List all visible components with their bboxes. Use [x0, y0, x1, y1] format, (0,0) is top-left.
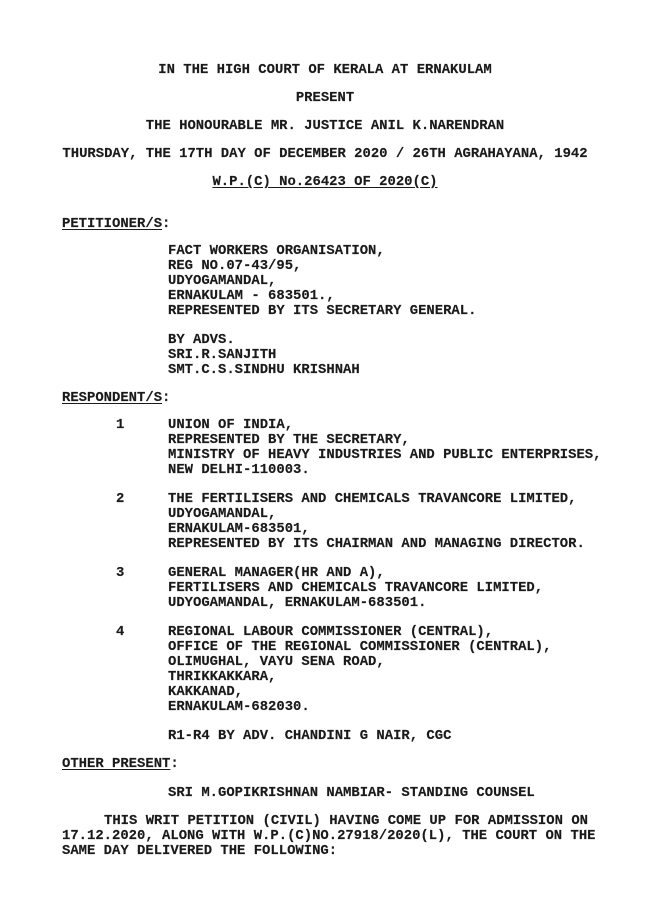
- petitioner-line: FACT WORKERS ORGANISATION,: [168, 244, 385, 259]
- hearing-date: THURSDAY, THE 17TH DAY OF DECEMBER 2020 …: [0, 147, 650, 162]
- judge-name: THE HONOURABLE MR. JUSTICE ANIL K.NAREND…: [0, 119, 650, 134]
- respondent-number: 4: [116, 625, 124, 640]
- case-number: W.P.(C) No.26423 OF 2020(C): [0, 175, 650, 190]
- respondent-line: REPRESENTED BY ITS CHAIRMAN AND MANAGING…: [168, 537, 585, 552]
- respondent-line: NEW DELHI-110003.: [168, 463, 310, 478]
- respondent-line: GENERAL MANAGER(HR AND A),: [168, 566, 385, 581]
- respondents-heading-text: RESPONDENT/S: [62, 390, 162, 406]
- petitioners-heading: PETITIONER/S:: [62, 217, 170, 232]
- heading-colon: :: [162, 216, 170, 232]
- respondent-line: REGIONAL LABOUR COMMISSIONER (CENTRAL),: [168, 625, 493, 640]
- respondent-line: KAKKANAD,: [168, 685, 243, 700]
- respondent-line: UDYOGAMANDAL,: [168, 507, 276, 522]
- other-present-heading: OTHER PRESENT:: [62, 757, 179, 772]
- respondent-line: OFFICE OF THE REGIONAL COMMISSIONER (CEN…: [168, 640, 551, 655]
- respondent-line: MINISTRY OF HEAVY INDUSTRIES AND PUBLIC …: [168, 448, 601, 463]
- respondent-number: 2: [116, 492, 124, 507]
- heading-colon: :: [162, 390, 170, 406]
- respondent-number: 1: [116, 418, 124, 433]
- petitioner-line: REPRESENTED BY ITS SECRETARY GENERAL.: [168, 304, 476, 319]
- respondent-line: REPRESENTED BY THE SECRETARY,: [168, 433, 410, 448]
- petitioner-line: UDYOGAMANDAL,: [168, 274, 276, 289]
- respondent-line: THRIKKAKKARA,: [168, 670, 276, 685]
- closing-paragraph-line: 17.12.2020, ALONG WITH W.P.(C)NO.27918/2…: [62, 829, 588, 844]
- closing-paragraph-line: THIS WRIT PETITION (CIVIL) HAVING COME U…: [62, 814, 588, 829]
- advocate-name: SMT.C.S.SINDHU KRISHNAH: [168, 363, 360, 378]
- heading-colon: :: [170, 756, 178, 772]
- closing-paragraph-line: SAME DAY DELIVERED THE FOLLOWING:: [62, 844, 588, 859]
- respondents-heading: RESPONDENT/S:: [62, 391, 170, 406]
- respondent-line: UDYOGAMANDAL, ERNAKULAM-683501.: [168, 596, 426, 611]
- case-number-text: W.P.(C) No.26423 OF 2020(C): [212, 174, 437, 190]
- petitioner-line: ERNAKULAM - 683501.,: [168, 289, 335, 304]
- respondent-line: UNION OF INDIA,: [168, 418, 293, 433]
- standing-counsel: SRI M.GOPIKRISHNAN NAMBIAR- STANDING COU…: [168, 786, 535, 801]
- advocate-name: SRI.R.SANJITH: [168, 348, 276, 363]
- respondents-advocate: R1-R4 BY ADV. CHANDINI G NAIR, CGC: [168, 729, 451, 744]
- respondent-line: OLIMUGHAL, VAYU SENA ROAD,: [168, 655, 385, 670]
- respondent-line: FERTILISERS AND CHEMICALS TRAVANCORE LIM…: [168, 581, 543, 596]
- judgment-page: IN THE HIGH COURT OF KERALA AT ERNAKULAM…: [0, 0, 650, 920]
- respondent-line: ERNAKULAM-683501,: [168, 522, 310, 537]
- court-title: IN THE HIGH COURT OF KERALA AT ERNAKULAM: [0, 63, 650, 78]
- petitioners-heading-text: PETITIONER/S: [62, 216, 162, 232]
- respondent-number: 3: [116, 566, 124, 581]
- petitioner-line: REG NO.07-43/95,: [168, 259, 301, 274]
- advocates-label: BY ADVS.: [168, 333, 235, 348]
- respondent-line: ERNAKULAM-682030.: [168, 700, 310, 715]
- other-present-heading-text: OTHER PRESENT: [62, 756, 170, 772]
- present-label: PRESENT: [0, 91, 650, 106]
- respondent-line: THE FERTILISERS AND CHEMICALS TRAVANCORE…: [168, 492, 576, 507]
